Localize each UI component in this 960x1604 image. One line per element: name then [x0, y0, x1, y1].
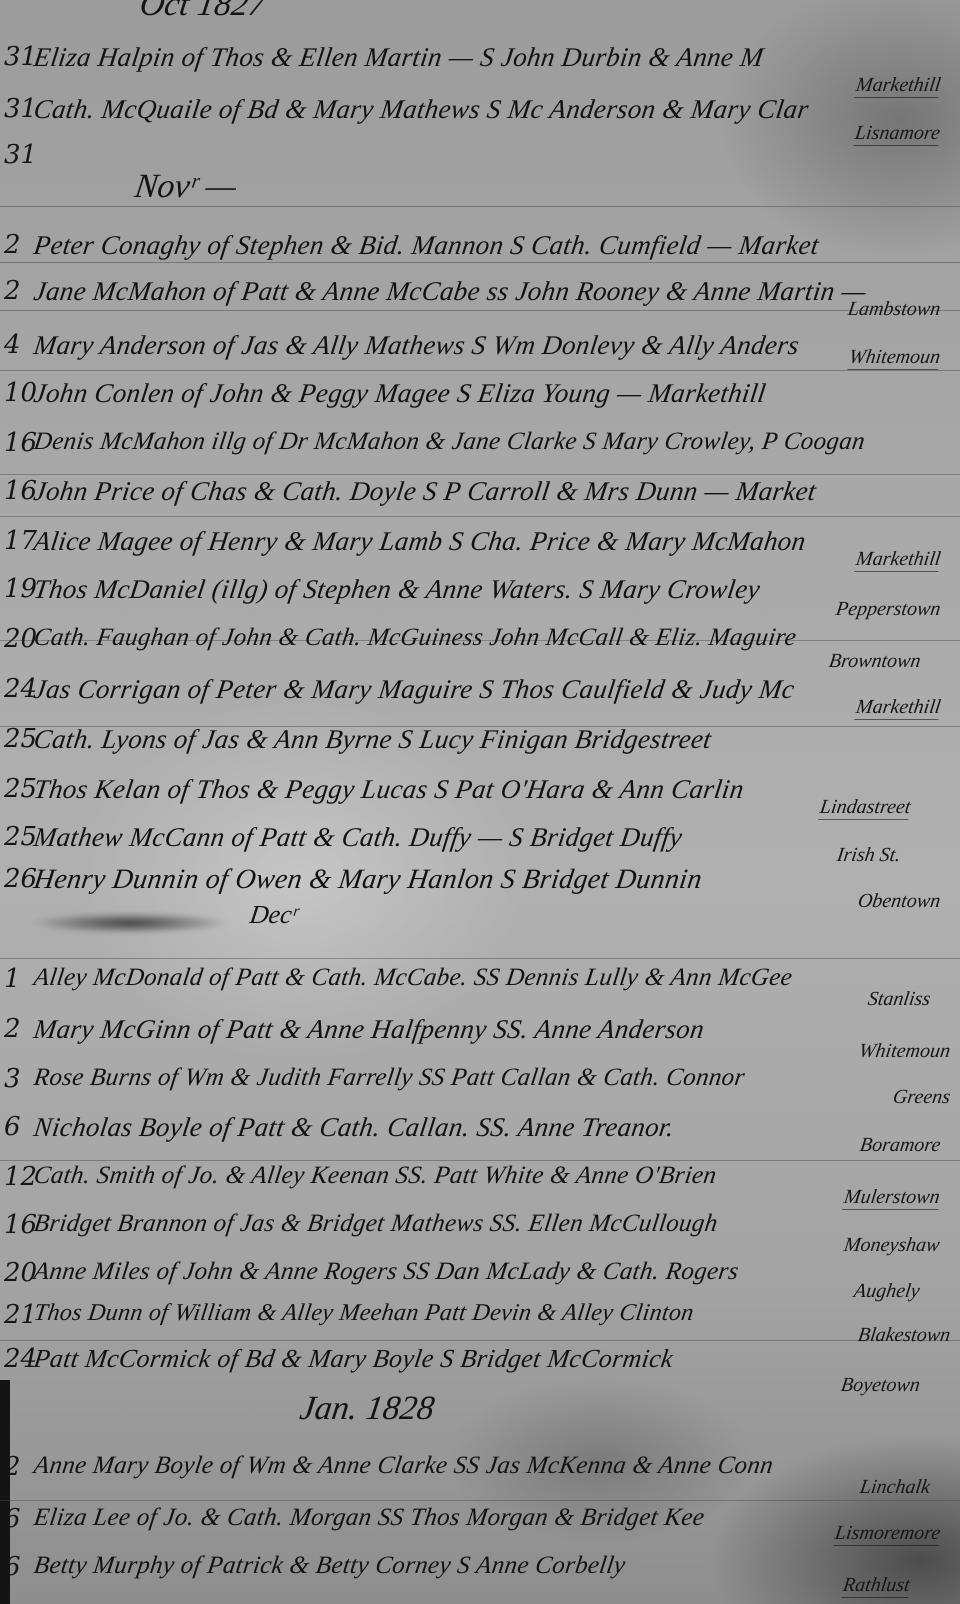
entry-text: Thos Kelan of Thos & Peggy Lucas S Pat O… — [32, 774, 746, 805]
register-entry: 17 Alice Magee of Henry & Mary Lamb S Ch… — [0, 522, 960, 562]
entry-text: Denis McMahon illg of Dr McMahon & Jane … — [32, 428, 867, 456]
entry-townland: Markethill — [854, 696, 942, 720]
register-entry: 2 Mary McGinn of Patt & Anne Halfpenny S… — [0, 1010, 960, 1050]
ink-smudge — [30, 912, 230, 934]
entry-text: Eliza Halpin of Thos & Ellen Martin — S … — [32, 42, 766, 73]
entry-day: 6 — [4, 1112, 21, 1142]
heading-december: Decʳ — [248, 900, 300, 930]
entry-townland: Boramore — [858, 1134, 942, 1157]
entry-text: Mary Anderson of Jas & Ally Mathews S Wm… — [32, 330, 801, 361]
entry-townland: Greens — [891, 1086, 951, 1109]
entry-townland: Linchalk — [858, 1476, 931, 1499]
entry-text: Thos Dunn of William & Alley Meehan Patt… — [32, 1300, 695, 1327]
register-entry: 4 Mary Anderson of Jas & Ally Mathews S … — [0, 326, 960, 366]
register-entry: 20 Cath. Faughan of John & Cath. McGuine… — [0, 620, 960, 660]
register-entry: 2 Jane McMahon of Patt & Anne McCabe ss … — [0, 272, 960, 312]
entry-text: Patt McCormick of Bd & Mary Boyle S Brid… — [32, 1344, 675, 1374]
entry-day: 2 — [4, 1452, 21, 1482]
register-entry: 31 Eliza Halpin of Thos & Ellen Martin —… — [0, 38, 960, 78]
entry-text: Cath. Faughan of John & Cath. McGuiness … — [32, 624, 798, 652]
ruled-line — [0, 370, 960, 371]
entry-townland: Boyetown — [840, 1374, 922, 1397]
entry-text: Betty Murphy of Patrick & Betty Corney S… — [32, 1552, 627, 1580]
entry-text: Anne Miles of John & Anne Rogers SS Dan … — [32, 1258, 740, 1286]
register-entry: 10 John Conlen of John & Peggy Magee S E… — [0, 374, 960, 414]
entry-text: Jane McMahon of Patt & Anne McCabe ss Jo… — [32, 276, 868, 307]
entry-text: Peter Conaghy of Stephen & Bid. Mannon S… — [32, 230, 821, 261]
entry-text: Anne Mary Boyle of Wm & Anne Clarke SS J… — [32, 1452, 775, 1480]
entry-townland: Whitemoun — [847, 346, 941, 370]
entry-day: 3 — [4, 1064, 21, 1094]
register-entry: 12 Cath. Smith of Jo. & Alley Keenan SS.… — [0, 1158, 960, 1198]
entry-day: 2 — [4, 1014, 21, 1044]
entry-townland: Markethill — [854, 548, 942, 572]
register-entry: 6 Nicholas Boyle of Patt & Cath. Callan.… — [0, 1108, 960, 1148]
entry-text: Jas Corrigan of Peter & Mary Maguire S T… — [32, 674, 797, 705]
entry-text: Alice Magee of Henry & Mary Lamb S Cha. … — [32, 526, 808, 557]
heading-jan-1828: Jan. 1828 — [297, 1390, 436, 1428]
entry-text: Cath. Lyons of Jas & Ann Byrne S Lucy Fi… — [32, 724, 714, 755]
register-entry: 21 Thos Dunn of William & Alley Meehan P… — [0, 1296, 960, 1336]
register-entry: 31 — [0, 136, 960, 176]
register-page: Oct 1827 Novʳ — Decʳ Jan. 1828 31 Eliza … — [0, 0, 960, 1604]
register-entry: 26 Henry Dunnin of Owen & Mary Hanlon S … — [0, 860, 960, 900]
register-entry: 31 Cath. McQuaile of Bd & Mary Mathews S… — [0, 90, 960, 130]
entry-text: Eliza Lee of Jo. & Cath. Morgan SS Thos … — [32, 1504, 706, 1532]
register-entry: 20 Anne Miles of John & Anne Rogers SS D… — [0, 1254, 960, 1294]
entry-townland: Obentown — [856, 890, 941, 913]
entry-text: Cath. McQuaile of Bd & Mary Mathews S Mc… — [32, 94, 811, 125]
entry-day: 1 — [4, 964, 21, 994]
ruled-line — [0, 516, 960, 517]
entry-day: 31 — [4, 140, 37, 170]
register-entry: 2 Anne Mary Boyle of Wm & Anne Clarke SS… — [0, 1448, 960, 1488]
entry-text: Thos McDaniel (illg) of Stephen & Anne W… — [32, 574, 762, 605]
entry-text: John Conlen of John & Peggy Magee S Eliz… — [32, 378, 768, 409]
ruled-line — [0, 206, 960, 207]
entry-townland: Stanliss — [866, 988, 931, 1011]
entry-text: Henry Dunnin of Owen & Mary Hanlon S Bri… — [32, 864, 704, 896]
entry-day: 6 — [4, 1504, 21, 1534]
register-entry: 1 Alley McDonald of Patt & Cath. McCabe.… — [0, 960, 960, 1000]
entry-townland: Lambstown — [846, 298, 941, 321]
register-entry: 25 Mathew McCann of Patt & Cath. Duffy —… — [0, 818, 960, 858]
register-entry: 6 Betty Murphy of Patrick & Betty Corney… — [0, 1548, 960, 1588]
entry-townland: Pepperstown — [834, 598, 942, 621]
ruled-line — [0, 958, 960, 959]
heading-oct-1827: Oct 1827 — [137, 0, 268, 24]
entry-day: 6 — [4, 1552, 21, 1582]
register-entry: 16 John Price of Chas & Cath. Doyle S P … — [0, 472, 960, 512]
register-entry: 3 Rose Burns of Wm & Judith Farrelly SS … — [0, 1060, 960, 1100]
entry-day: 2 — [4, 276, 21, 306]
entry-text: Mary McGinn of Patt & Anne Halfpenny SS.… — [32, 1014, 706, 1045]
entry-text: John Price of Chas & Cath. Doyle S P Car… — [32, 476, 818, 507]
register-entry: 16 Bridget Brannon of Jas & Bridget Math… — [0, 1206, 960, 1246]
register-entry: 2 Peter Conaghy of Stephen & Bid. Mannon… — [0, 226, 960, 266]
entry-townland: Lismoremore — [833, 1522, 942, 1546]
entry-text: Cath. Smith of Jo. & Alley Keenan SS. Pa… — [32, 1162, 718, 1190]
entry-text: Nicholas Boyle of Patt & Cath. Callan. S… — [32, 1112, 676, 1143]
entry-townland: Rathlust — [842, 1574, 912, 1598]
register-entry: 25 Thos Kelan of Thos & Peggy Lucas S Pa… — [0, 770, 960, 810]
register-entry: 6 Eliza Lee of Jo. & Cath. Morgan SS Tho… — [0, 1500, 960, 1540]
entry-text: Rose Burns of Wm & Judith Farrelly SS Pa… — [32, 1064, 747, 1092]
entry-townland: Lindastreet — [818, 796, 912, 820]
register-entry: 16 Denis McMahon illg of Dr McMahon & Ja… — [0, 424, 960, 464]
register-entry: 25 Cath. Lyons of Jas & Ann Byrne S Lucy… — [0, 720, 960, 760]
entry-text: Bridget Brannon of Jas & Bridget Mathews… — [32, 1210, 719, 1238]
entry-day: 4 — [4, 330, 21, 360]
register-entry: 19 Thos McDaniel (illg) of Stephen & Ann… — [0, 570, 960, 610]
entry-text: Mathew McCann of Patt & Cath. Duffy — S … — [32, 822, 684, 853]
register-entry: 24 Jas Corrigan of Peter & Mary Maguire … — [0, 670, 960, 710]
entry-day: 2 — [4, 230, 21, 260]
entry-text: Alley McDonald of Patt & Cath. McCabe. S… — [32, 964, 794, 992]
register-entry: 24 Patt McCormick of Bd & Mary Boyle S B… — [0, 1340, 960, 1380]
